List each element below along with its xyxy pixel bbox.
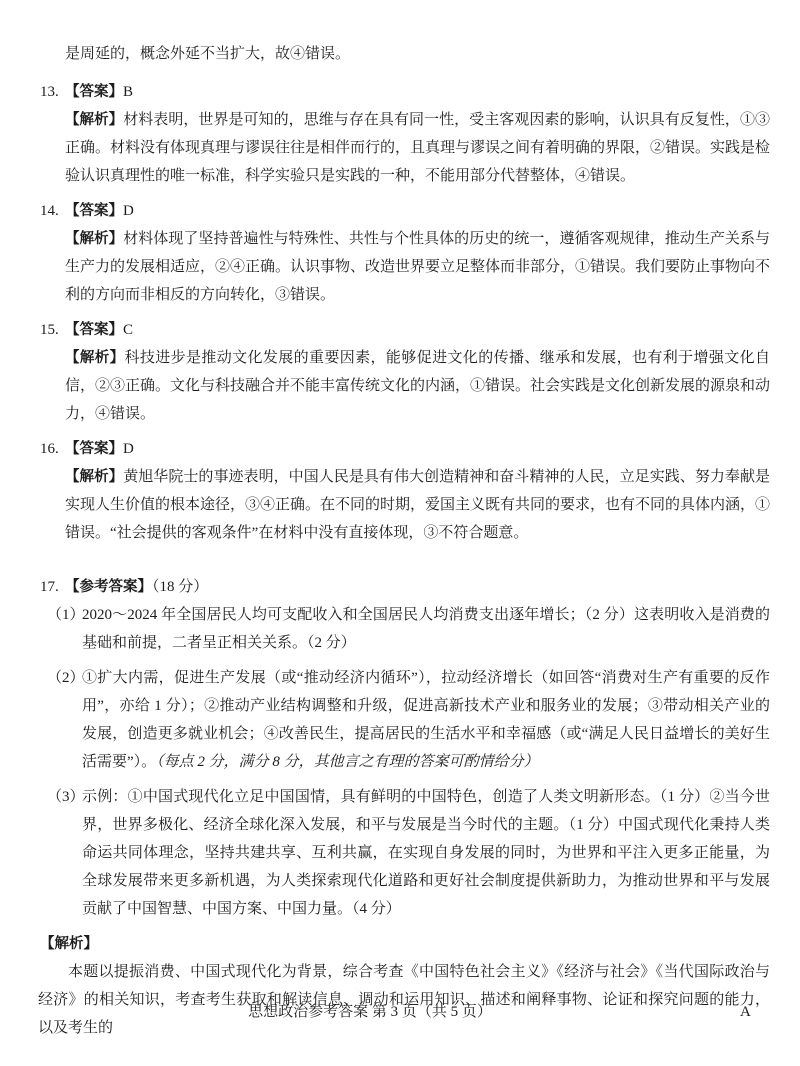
part-number: （1）: [47, 601, 85, 629]
analysis-label: 【解析】: [65, 231, 123, 247]
question-number: 17.: [40, 573, 65, 601]
analysis-label: 【解析】: [65, 350, 125, 366]
question-number: 14.: [40, 197, 65, 225]
reference-answer-label: 【参考答案】: [65, 579, 152, 595]
answer-part-1: （1）2020～2024 年全国居民人均可支配收入和全国居民人均消费支出逐年增长…: [82, 601, 770, 657]
answer-value: C: [123, 322, 133, 338]
answer-value: D: [123, 203, 134, 219]
analysis-paragraph: 【解析】材料体现了坚持普遍性与特殊性、共性与个性具体的历史的统一，遵循客观规律，…: [65, 225, 770, 309]
question-block-15: 15.【答案】C 【解析】科技进步是推动文化发展的重要因素，能够促进文化的传播、…: [40, 316, 770, 428]
analysis-text: 科技进步是推动文化发展的重要因素，能够促进文化的传播、继承和发展，也有利于增强文…: [65, 350, 770, 422]
answer-value: D: [123, 441, 134, 457]
answer-line: 15.【答案】C: [40, 316, 770, 344]
page-content: 是周延的，概念外延不当扩大，故④错误。 13.【答案】B 【解析】材料表明，世界…: [40, 40, 770, 1049]
question-number: 15.: [40, 316, 65, 344]
analysis-label: 【解析】: [40, 936, 98, 952]
question-number: 16.: [40, 435, 65, 463]
answer-label: 【答案】: [65, 441, 123, 457]
question-block-16: 16.【答案】D 【解析】黄旭华院士的事迹表明，中国人民是具有伟大创造精神和奋斗…: [40, 435, 770, 547]
analysis-text: 材料体现了坚持普遍性与特殊性、共性与个性具体的历史的统一，遵循客观规律，推动生产…: [65, 231, 770, 303]
footer-text: 思想政治参考答案 第 3 页（共 5 页）: [248, 998, 492, 1026]
answer-line: 16.【答案】D: [40, 435, 770, 463]
part-number: （3）: [47, 783, 85, 811]
part-text: 示例：①中国式现代化立足中国国情，具有鲜明的中国特色，创造了人类文明新形态。（1…: [82, 789, 770, 917]
question-block-13: 13.【答案】B 【解析】材料表明，世界是可知的，思维与存在具有同一性，受主客观…: [40, 78, 770, 190]
analysis-text: 黄旭华院士的事迹表明，中国人民是具有伟大创造精神和奋斗精神的人民，立足实践、努力…: [65, 469, 770, 541]
answer-label: 【答案】: [65, 322, 123, 338]
answer-line: 13.【答案】B: [40, 78, 770, 106]
analysis-heading: 【解析】: [40, 930, 770, 958]
question-block-17: 17.【参考答案】（18 分） （1）2020～2024 年全国居民人均可支配收…: [40, 573, 770, 1042]
part-note: （每点 2 分，满分 8 分，其他言之有理的答案可酌情给分）: [156, 754, 539, 770]
part-number: （2）: [47, 664, 85, 692]
analysis-label: 【解析】: [65, 469, 123, 485]
reference-answer-line: 17.【参考答案】（18 分）: [40, 573, 770, 601]
analysis-paragraph: 【解析】黄旭华院士的事迹表明，中国人民是具有伟大创造精神和奋斗精神的人民，立足实…: [65, 463, 770, 547]
answer-label: 【答案】: [65, 203, 123, 219]
answer-part-2: （2）①扩大内需，促进生产发展（或“推动经济内循环”），拉动经济增长（如回答“消…: [82, 664, 770, 776]
answer-value: B: [123, 84, 133, 100]
answer-line: 14.【答案】D: [40, 197, 770, 225]
analysis-paragraph: 【解析】科技进步是推动文化发展的重要因素，能够促进文化的传播、继承和发展，也有利…: [65, 344, 770, 428]
analysis-paragraph: 【解析】材料表明，世界是可知的，思维与存在具有同一性，受主客观因素的影响，认识具…: [65, 106, 770, 190]
analysis-label: 【解析】: [65, 112, 123, 128]
continuation-line: 是周延的，概念外延不当扩大，故④错误。: [65, 40, 770, 68]
page-footer: 思想政治参考答案 第 3 页（共 5 页）: [0, 998, 800, 1026]
score-label: （18 分）: [152, 579, 208, 595]
page-marker: A: [740, 998, 751, 1026]
part-text: 2020～2024 年全国居民人均可支配收入和全国居民人均消费支出逐年增长；（2…: [82, 607, 770, 651]
answer-label: 【答案】: [65, 84, 123, 100]
answer-sheet-page: 是周延的，概念外延不当扩大，故④错误。 13.【答案】B 【解析】材料表明，世界…: [0, 0, 800, 1066]
answer-part-3: （3）示例：①中国式现代化立足中国国情，具有鲜明的中国特色，创造了人类文明新形态…: [82, 783, 770, 923]
question-number: 13.: [40, 78, 65, 106]
question-block-14: 14.【答案】D 【解析】材料体现了坚持普遍性与特殊性、共性与个性具体的历史的统…: [40, 197, 770, 309]
analysis-text: 材料表明，世界是可知的，思维与存在具有同一性，受主客观因素的影响，认识具有反复性…: [65, 112, 770, 184]
